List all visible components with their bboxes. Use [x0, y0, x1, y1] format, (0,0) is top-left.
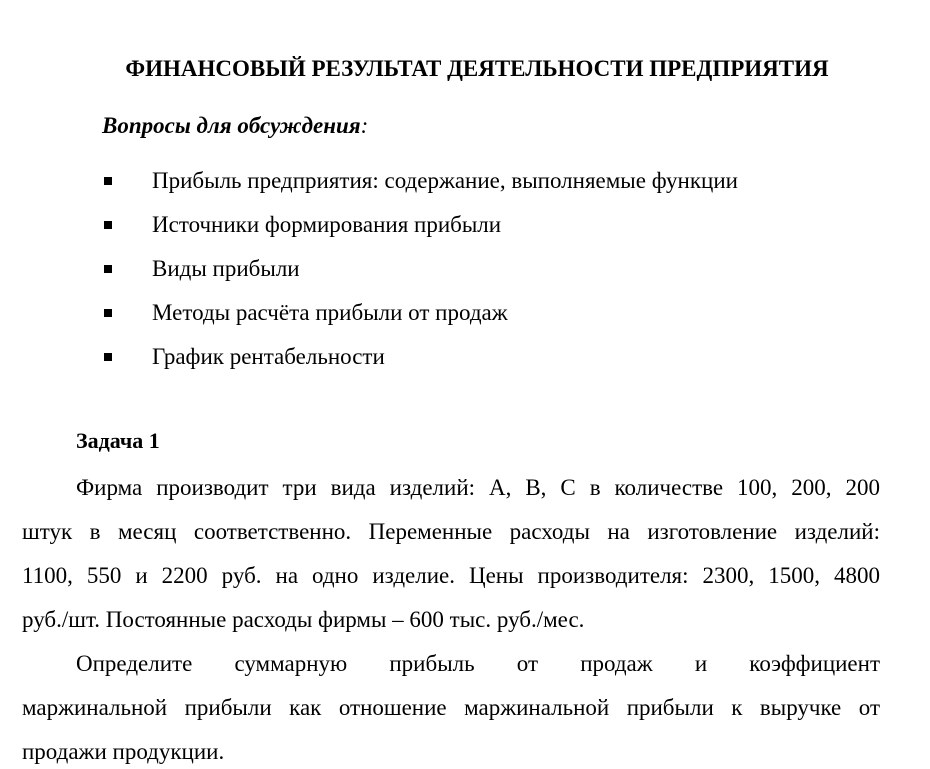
paragraph-line: штук в месяц соответственно. Переменные … — [22, 510, 880, 554]
list-item-text: Источники формирования прибыли — [152, 210, 501, 240]
square-bullet-icon — [104, 221, 112, 229]
task-paragraph-question: Определите суммарную прибыль от продаж и… — [22, 642, 880, 769]
list-item-text: Виды прибыли — [152, 254, 300, 284]
paragraph-line: 1100, 550 и 2200 руб. на одно изделие. Ц… — [22, 554, 880, 598]
list-item-text: Прибыль предприятия: содержание, выполня… — [152, 166, 738, 196]
list-item-text: График рентабельности — [152, 342, 385, 372]
discussion-heading-colon: : — [361, 113, 369, 138]
square-bullet-icon — [104, 353, 112, 361]
task-paragraph-conditions: Фирма производит три вида изделий: А, В,… — [22, 466, 880, 642]
paragraph-line: Определите суммарную прибыль от продаж и… — [22, 642, 880, 686]
paragraph-line: руб./шт. Постоянные расходы фирмы – 600 … — [22, 598, 880, 642]
task-heading: Задача 1 — [76, 426, 160, 456]
paragraph-line: Фирма производит три вида изделий: А, В,… — [22, 466, 880, 510]
document-title: ФИНАНСОВЫЙ РЕЗУЛЬТАТ ДЕЯТЕЛЬНОСТИ ПРЕДПР… — [0, 54, 930, 84]
list-item-text: Методы расчёта прибыли от продаж — [152, 298, 508, 328]
square-bullet-icon — [104, 309, 112, 317]
square-bullet-icon — [104, 265, 112, 273]
discussion-heading: Вопросы для обсуждения: — [102, 111, 368, 141]
square-bullet-icon — [104, 177, 112, 185]
paragraph-line: маржинальной прибыли как отношение маржи… — [22, 686, 880, 730]
discussion-heading-text: Вопросы для обсуждения — [102, 113, 361, 138]
paragraph-line: продажи продукции. — [22, 730, 880, 769]
document-page: ФИНАНСОВЫЙ РЕЗУЛЬТАТ ДЕЯТЕЛЬНОСТИ ПРЕДПР… — [0, 0, 930, 769]
